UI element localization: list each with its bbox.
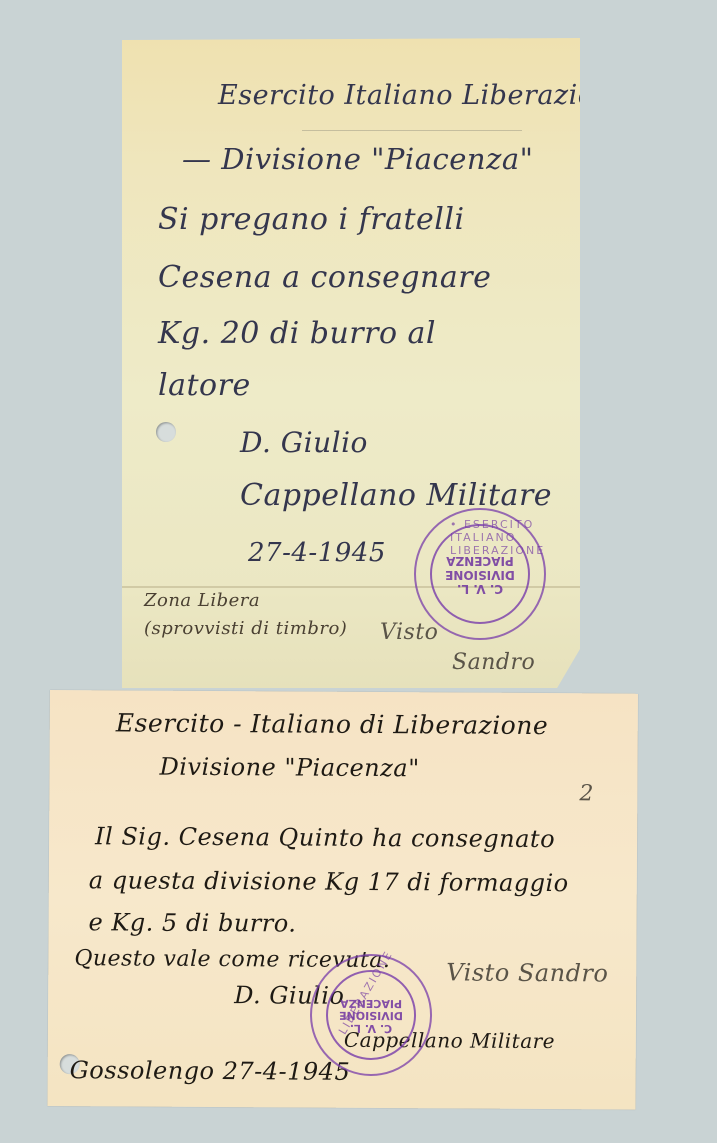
top-date: 27-4-1945	[248, 538, 386, 568]
bottom-place-date: Gossolengo 27-4-1945	[70, 1056, 351, 1086]
stamp-line-1: C. V. L.	[457, 581, 503, 595]
top-body-line-2: Cesena a consegnare	[158, 260, 491, 295]
stamp-inner: C. V. L. DIVISIONE PIACENZA	[326, 970, 417, 1061]
top-signature-title: Cappellano Militare	[240, 478, 552, 513]
top-body-line-4: latore	[158, 368, 251, 403]
stamp-line-1: C. V. L.	[350, 1021, 392, 1034]
stamp-line-3: PIACENZA	[446, 553, 514, 567]
bottom-body-line-2: a questa divisione Kg 17 di formaggio	[89, 866, 569, 897]
top-body-line-3: Kg. 20 di burro al	[158, 316, 436, 351]
top-header-line1: Esercito Italiano Liberazione	[218, 80, 629, 111]
top-note-sheet: Esercito Italiano Liberazione — Division…	[122, 38, 580, 688]
top-margin-note-2: (sprovvisti di timbro)	[144, 618, 347, 639]
bottom-header-line1: Esercito - Italiano di Liberazione	[116, 708, 549, 740]
top-margin-note-1: Zona Libera	[144, 590, 260, 611]
bottom-official-stamp: LIBERAZIONE C. V. L. DIVISIONE PIACENZA	[310, 954, 433, 1077]
bottom-body-line-3: e Kg. 5 di burro.	[88, 908, 296, 937]
stamp-inner: C. V. L. DIVISIONE PIACENZA	[430, 524, 530, 624]
bottom-visto: Visto Sandro	[446, 958, 608, 987]
top-signature-name: D. Giulio	[240, 426, 368, 459]
corner-mark: 2	[579, 781, 594, 806]
ruled-line	[302, 130, 522, 131]
top-body-line-1: Si pregano i fratelli	[158, 202, 465, 237]
bottom-header-line2: Divisione "Piacenza"	[159, 753, 419, 783]
punch-hole	[156, 422, 176, 442]
top-visto-signature: Sandro	[452, 650, 535, 675]
top-visto-label: Visto	[380, 620, 438, 645]
top-header-line2: — Divisione "Piacenza"	[182, 142, 533, 176]
stamp-line-2: DIVISIONE	[339, 1008, 403, 1021]
bottom-note-sheet: Esercito - Italiano di Liberazione Divis…	[47, 690, 638, 1110]
bottom-body-line-1: Il Sig. Cesena Quinto ha consegnato	[95, 822, 555, 853]
stamp-line-2: DIVISIONE	[445, 567, 515, 581]
stamp-line-3: PIACENZA	[340, 996, 402, 1009]
top-official-stamp: • ESERCITO ITALIANO LIBERAZIONE C. V. L.…	[414, 508, 546, 640]
